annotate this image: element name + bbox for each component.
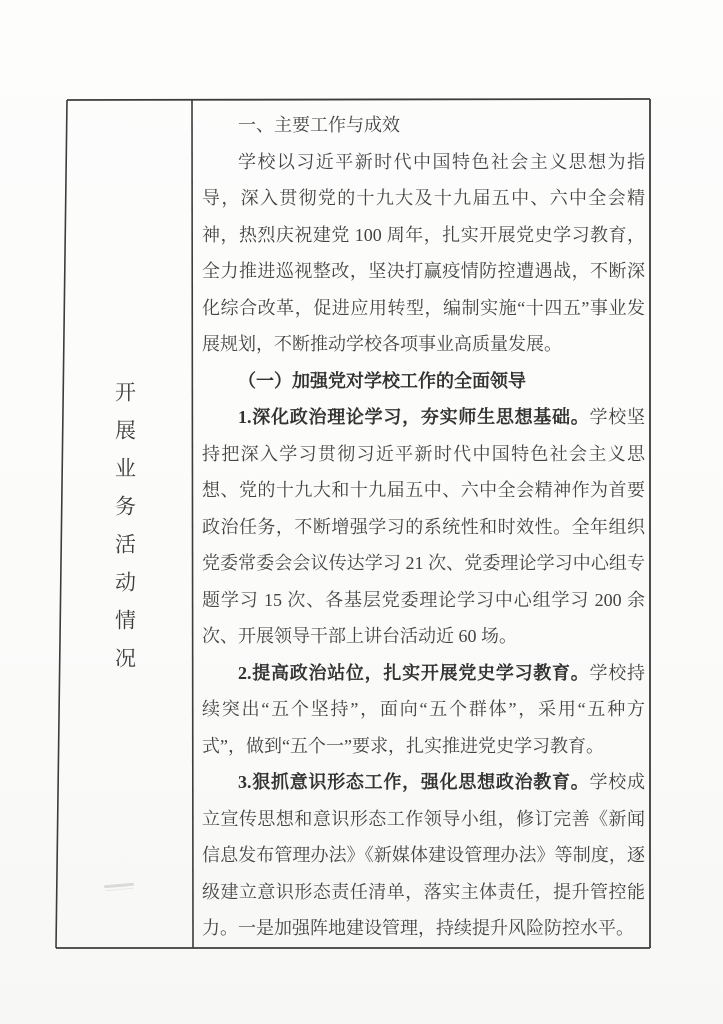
paragraph-item-3-text: 学校成立宣传思想和意识形态工作领导小组，修订完善《新闻信息发布管理办法》《新媒体…	[202, 772, 645, 938]
section-title-text: 一、主要工作与成效	[238, 115, 400, 135]
row-header-vertical-label: 开展业务活动情况	[110, 381, 140, 685]
paragraph-item-2: 2.提高政治站位，扎实开展党史学习教育。学校持续突出“五个坚持”，面向“五个群体…	[202, 655, 645, 765]
paragraph-item-1: 1.深化政治理论学习，夯实师生思想基础。学校坚持把深入学习贯彻习近平新时代中国特…	[202, 399, 645, 655]
paragraph-overview: 学校以习近平新时代中国特色社会主义思想为指导，深入贯彻党的十九大及十九届五中、六…	[202, 144, 645, 363]
paragraph-overview-text: 学校以习近平新时代中国特色社会主义思想为指导，深入贯彻党的十九大及十九届五中、六…	[202, 152, 645, 355]
content-cell: 一、主要工作与成效 学校以习近平新时代中国特色社会主义思想为指导，深入贯彻党的十…	[193, 100, 650, 948]
row-header-cell: 开展业务活动情况	[57, 100, 192, 948]
subsection-heading: （一）加强党对学校工作的全面领导	[202, 363, 645, 400]
paragraph-item-2-lead: 2.提高政治站位，扎实开展党史学习教育。	[238, 663, 590, 683]
paragraph-item-1-text: 学校坚持把深入学习贯彻习近平新时代中国特色社会主义思想、党的十九大和十九届五中、…	[202, 407, 645, 646]
subsection-heading-text: （一）加强党对学校工作的全面领导	[238, 371, 526, 391]
scanned-document-page: 开展业务活动情况 一、主要工作与成效 学校以习近平新时代中国特色社会主义思想为指…	[0, 0, 723, 1024]
paragraph-item-1-lead: 1.深化政治理论学习，夯实师生思想基础。	[238, 407, 590, 427]
section-title: 一、主要工作与成效	[202, 107, 645, 144]
paragraph-item-3: 3.狠抓意识形态工作，强化思想政治教育。学校成立宣传思想和意识形态工作领导小组，…	[202, 764, 645, 947]
paragraph-item-3-lead: 3.狠抓意识形态工作，强化思想政治教育。	[238, 772, 590, 792]
